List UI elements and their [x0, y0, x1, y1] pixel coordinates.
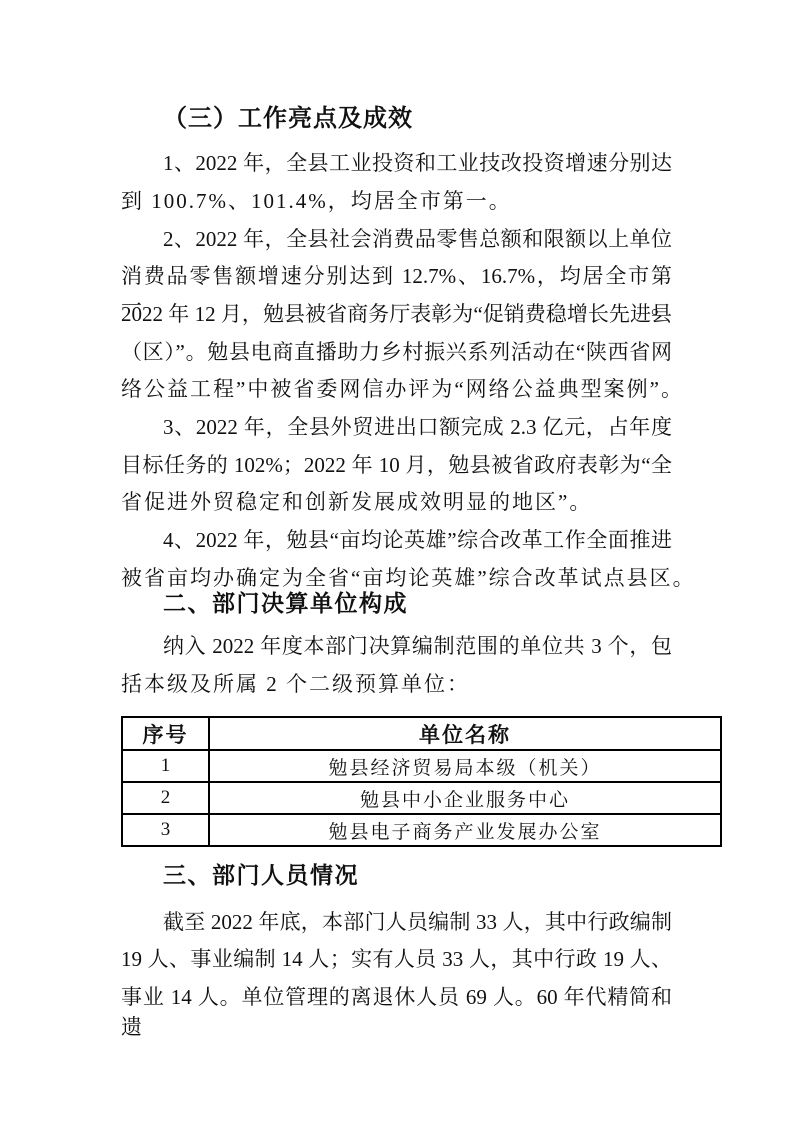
table-row: 2 勉县中小企业服务中心 [122, 782, 721, 814]
paragraph-line: 纳入 2022 年度本部门决算编制范围的单位共 3 个，包 [121, 631, 672, 665]
table-row: 3 勉县电子商务产业发展办公室 [122, 814, 721, 846]
table-cell-seq: 3 [122, 814, 209, 846]
paragraph-line: 4、2022 年，勉县“亩均论英雄”综合改革工作全面推进 [121, 525, 672, 559]
section-heading-personnel: 三、部门人员情况 [163, 860, 359, 890]
paragraph-line: 消费品零售额增速分别达到 12.7%、16.7%，均居全市第一。 [121, 261, 672, 295]
table-cell-unit-name: 勉县经济贸易局本级（机关） [209, 750, 721, 782]
units-table: 序号 单位名称 1 勉县经济贸易局本级（机关） 2 勉县中小企业服务中心 3 勉… [121, 716, 722, 847]
paragraph-line: 2、2022 年，全县社会消费品零售总额和限额以上单位 [121, 224, 672, 258]
section-heading-units: 二、部门决算单位构成 [163, 588, 408, 618]
section-heading-highlights: （三）工作亮点及成效 [163, 104, 413, 134]
document-page: （三）工作亮点及成效 1、2022 年，全县工业投资和工业技改投资增速分别达 到… [0, 0, 793, 1122]
table-header-seq: 序号 [122, 717, 209, 750]
table-row: 1 勉县经济贸易局本级（机关） [122, 750, 721, 782]
table-cell-seq: 1 [122, 750, 209, 782]
paragraph-line: 省促进外贸稳定和创新发展成效明显的地区”。 [121, 487, 672, 521]
paragraph-line: 目标任务的 102%；2022 年 10 月，勉县被省政府表彰为“全 [121, 450, 672, 484]
paragraph-line: 19 人、事业编制 14 人；实有人员 33 人，其中行政 19 人、 [121, 944, 672, 978]
paragraph-line: 截至 2022 年底，本部门人员编制 33 人，其中行政编制 [121, 907, 672, 941]
paragraph-line: 络公益工程”中被省委网信办评为“网络公益典型案例”。 [121, 374, 672, 408]
table-cell-seq: 2 [122, 782, 209, 814]
paragraph-line: 事业 14 人。单位管理的离退休人员 69 人。60 年代精简和遗 [121, 982, 672, 1016]
paragraph-line: 到 100.7%、101.4%，均居全市第一。 [121, 186, 672, 220]
paragraph-line: 3、2022 年，全县外贸进出口额完成 2.3 亿元，占年度 [121, 412, 672, 446]
table-cell-unit-name: 勉县中小企业服务中心 [209, 782, 721, 814]
paragraph-line: 括本级及所属 2 个二级预算单位： [121, 669, 672, 703]
paragraph-line: （区）”。勉县电商直播助力乡村振兴系列活动在“陕西省网 [121, 337, 672, 371]
table-cell-unit-name: 勉县电子商务产业发展办公室 [209, 814, 721, 846]
table-header-row: 序号 单位名称 [122, 717, 721, 750]
table-header-unit-name: 单位名称 [209, 717, 721, 750]
paragraph-line: 2022 年 12 月，勉县被省商务厅表彰为“促销费稳增长先进县 [121, 299, 672, 333]
paragraph-line: 1、2022 年，全县工业投资和工业技改投资增速分别达 [121, 148, 672, 182]
